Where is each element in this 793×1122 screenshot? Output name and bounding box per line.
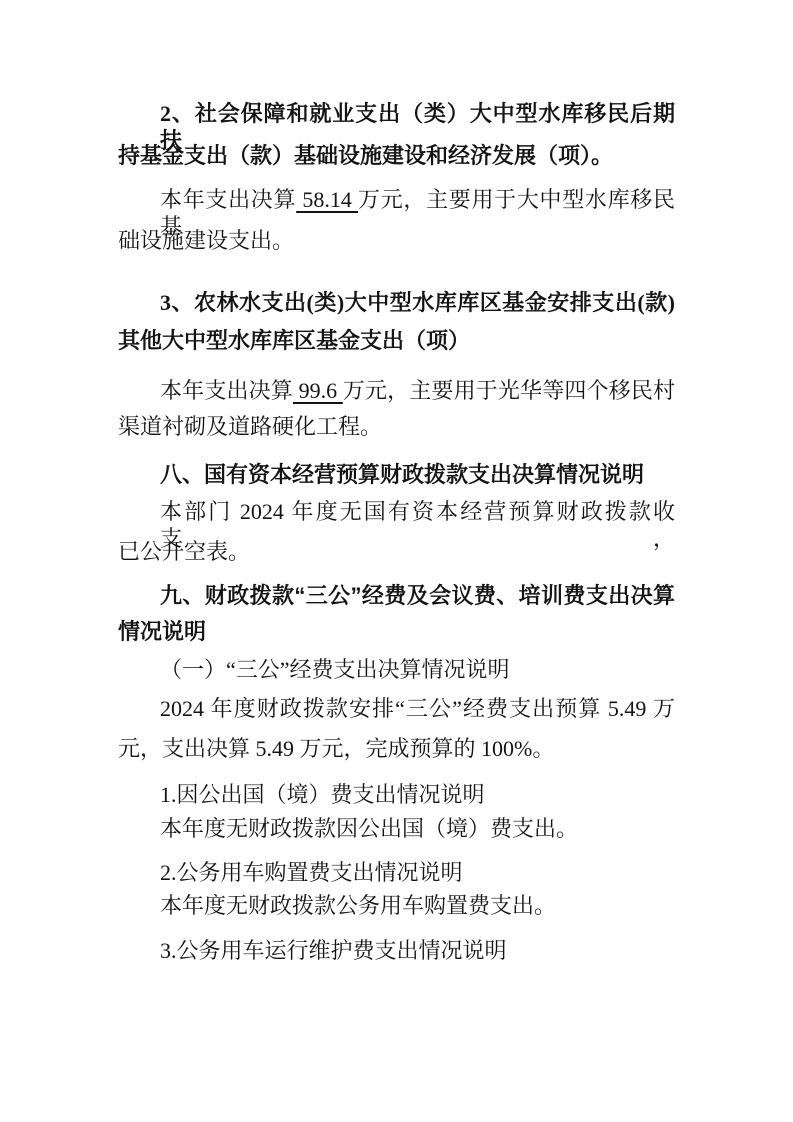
heading-section8: 八、国有资本经营预算财政拨款支出决算情况说明 <box>160 461 675 488</box>
body-three-public-line2: 元，支出决算 5.49 万元，完成预算的 100%。 <box>118 735 675 762</box>
heading-item3-line1: 3、农林水支出(类)大中型水库库区基金安排支出(款) <box>160 289 675 316</box>
body-text: 本年支出决算 <box>160 378 293 403</box>
item2-vehicle-purchase-body: 本年度无财政拨款公务用车购置费支出。 <box>160 892 675 919</box>
item1-abroad-heading: 1.因公出国（境）费支出情况说明 <box>160 781 675 808</box>
body-item3-line2: 渠道衬砌及道路硬化工程。 <box>118 413 675 440</box>
heading-section9-line2: 情况说明 <box>118 618 675 645</box>
underlined-amount-58-14: 58.14 <box>296 187 358 212</box>
heading-section9-line1: 九、财政拨款“三公”经费及会议费、培训费支出决算 <box>160 582 675 609</box>
subheading-three-public: （一）“三公”经费支出决算情况说明 <box>160 656 675 683</box>
heading-item2-line2: 持基金支出（款）基础设施建设和经济发展（项）。 <box>118 142 675 169</box>
body-text: 本年支出决算 <box>160 187 296 212</box>
item1-abroad-body: 本年度无财政拨款因公出国（境）费支出。 <box>160 815 675 842</box>
body-item3-line1: 本年支出决算 99.6 万元，主要用于光华等四个移民村 <box>160 377 675 404</box>
body-text: 万元，主要用于光华等四个移民村 <box>343 378 675 403</box>
heading-item3-line2: 其他大中型水库库区基金支出（项） <box>118 327 675 354</box>
body-section8-line2: 已公开空表。 <box>118 538 675 565</box>
underlined-amount-99-6: 99.6 <box>293 378 343 403</box>
body-item2-line2: 础设施建设支出。 <box>118 227 675 254</box>
item2-vehicle-purchase-heading: 2.公务用车购置费支出情况说明 <box>160 859 675 886</box>
document-page: 2、社会保障和就业支出（类）大中型水库移民后期扶 持基金支出（款）基础设施建设和… <box>0 0 793 1122</box>
body-three-public-line1: 2024 年度财政拨款安排“三公”经费支出预算 5.49 万 <box>160 695 675 722</box>
item3-vehicle-maintenance-heading: 3.公务用车运行维护费支出情况说明 <box>160 937 675 964</box>
